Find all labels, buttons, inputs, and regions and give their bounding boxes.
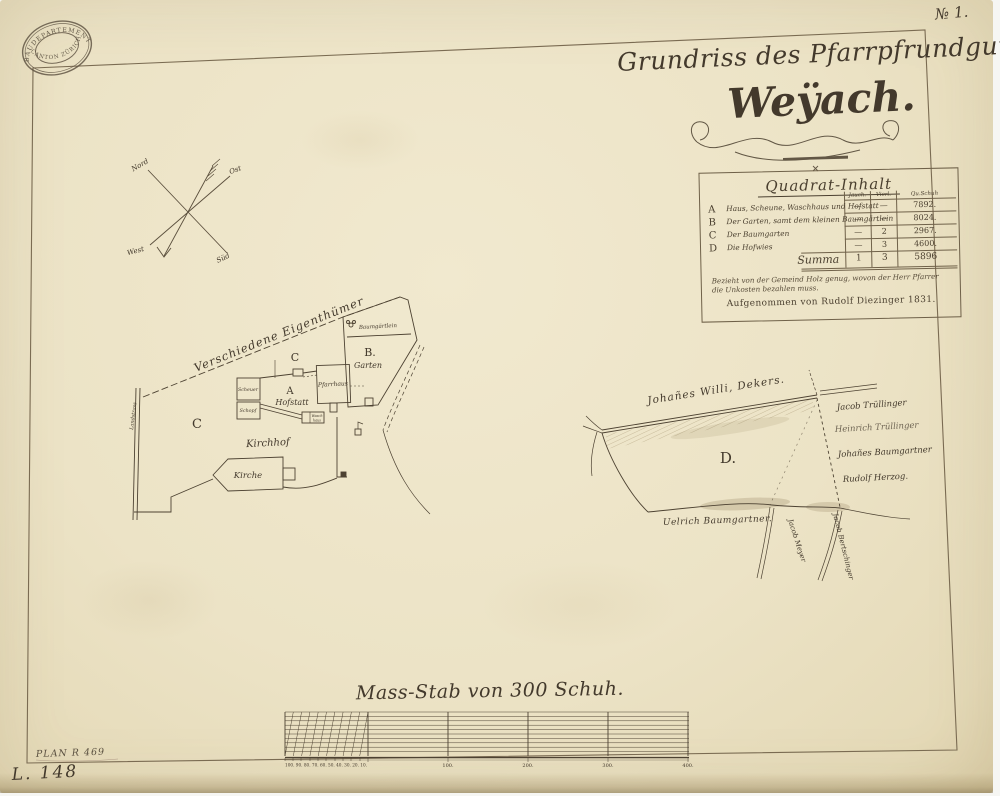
row-jauch: — [846,227,871,237]
parcel-b-letter: B. [364,346,376,359]
sheet-border [27,30,957,763]
plan-church-complex: Verschiedene Eigenthümer Landstrass Sche… [129,293,430,520]
area-table: Quadrat-Inhalt Jauch. Vierl. Qu.Schuh A … [698,167,961,322]
map-title: Grundriss des Pfarrpfrundguts [617,30,1000,77]
owner-path-2: Jacob Bertschinger [831,511,856,581]
owner-path-1: Jacob Meyer [785,516,807,563]
row-desc: Der Garten, samt dem kleinen Baumgärtlei… [726,215,844,226]
row-schuh: 8024. [897,212,952,222]
label-schopf: Schopf [240,408,258,414]
compass-label-ne: Ost [228,164,242,176]
row-schuh: 4600. [898,238,953,248]
row-letter: C [709,230,723,241]
parcel-b-outline [343,297,417,407]
row-letter: D [709,243,723,254]
row-schuh: 7892. [897,199,952,209]
parcel-d-right-edge [817,398,840,507]
surveyor-credit: Aufgenommen von Rudolf Diezinger 1831. [702,294,960,309]
row-jauch: — [845,201,870,211]
arrow-feathers-icon [206,159,220,181]
label-baumgaertlein: Baumgärtlein [358,323,398,331]
row-letter: A [708,204,722,215]
well-icon [355,429,361,435]
sheet-number: № 1. [933,3,969,24]
parcel-c-letter-top: C [291,351,299,364]
label-waschhaus-1: Wasch [311,414,322,418]
row-vierl: 2 [872,227,897,237]
summa-jauch: 1 [846,253,871,264]
owner-right-2: Heinrich Trüllinger [834,421,920,435]
row-schuh: 2967. [898,225,953,235]
parcel-a-letter: A [285,386,294,397]
label-scheuer: Scheuer [238,387,259,393]
col-header-schuh: Qu.Schuh [897,190,952,197]
parcel-c-letter-left: C [192,417,202,432]
compass-label-sw: West [126,245,145,257]
label-kirchhof: Kirchhof [245,437,292,450]
compass-label-se: Süd [215,251,231,264]
scale-major-400: 400. [682,763,694,769]
scale-minor-numbers: 100. 90. 80. 70. 60. 50. 40. 30. 20. 10. [285,763,367,768]
compass-rose: Nord Ost West Süd [126,157,242,265]
row-vierl: — [871,214,896,224]
parcel-d-letter: D. [720,449,736,467]
row-jauch: — [845,214,870,224]
label-waschhaus-2: haus [313,419,321,423]
owner-right-3: Johañes Baumgartner [836,445,933,460]
archive-number-red: L. 148 [10,762,79,786]
summa-schuh: 5896 [898,251,953,262]
archive-stamp: BAUDEPARTEMENT · CANTON ZÜRICH · [0,0,99,90]
label-boundary-owners: Verschiedene Eigenthümer [192,293,367,374]
label-hofstatt: Hofstatt [274,398,309,407]
pencil-plan-number: PLAN R 469 [35,747,106,760]
scale-major-200: 200. [522,763,534,769]
owner-bottom: Uelrich Baumgartner. [663,514,773,528]
label-kirche: Kirche [233,471,262,481]
label-garten: Garten [354,361,382,370]
row-letter: B [708,217,722,228]
label-pfarrhaus: Pfarrhaus [317,380,348,389]
north-arrow [164,166,213,256]
title-flourish [691,121,898,171]
compass-label-nw: Nord [129,157,150,174]
row-vierl: 3 [872,240,897,250]
row-desc: Die Hofwies [727,241,845,252]
plan-parcel-d: D. Johañes Willi, Dekers. Jacob Trülling… [583,370,933,581]
scanned-map-canvas: № 1. BAUDEPARTEMENT · CANTON ZÜRICH · Gr… [0,0,1000,796]
row-jauch: — [846,240,871,250]
map-title-block: Grundriss des Pfarrpfrundguts Weÿach. [617,30,1000,171]
scale-major-300: 300. [602,763,614,769]
row-desc: Der Baumgarten [727,228,845,239]
scale-major-100: 100. [442,763,454,769]
scale-bar: Mass-Stab von 300 Schuh. 100. 90. 80. 70… [285,678,694,769]
boundary-fence [143,297,400,397]
owner-right-1: Jacob Trüllinger [835,398,908,413]
col-header-jauch: Jauch. [845,192,870,199]
town-name: Weÿach. [726,72,916,128]
scale-title: Mass-Stab von 300 Schuh. [355,678,624,705]
col-header-vierl: Vierl. [871,192,896,199]
label-road: Landstrass [129,401,139,431]
row-desc: Haus, Scheune, Waschhaus und Hofstatt [726,202,844,213]
row-vierl: — [871,201,896,211]
map-linework: № 1. BAUDEPARTEMENT · CANTON ZÜRICH · Gr… [0,0,1000,796]
summa-vierl: 3 [872,253,897,264]
owner-top: Johañes Willi, Dekers. [645,373,786,407]
owner-right-4: Rudolf Herzog. [842,472,909,485]
